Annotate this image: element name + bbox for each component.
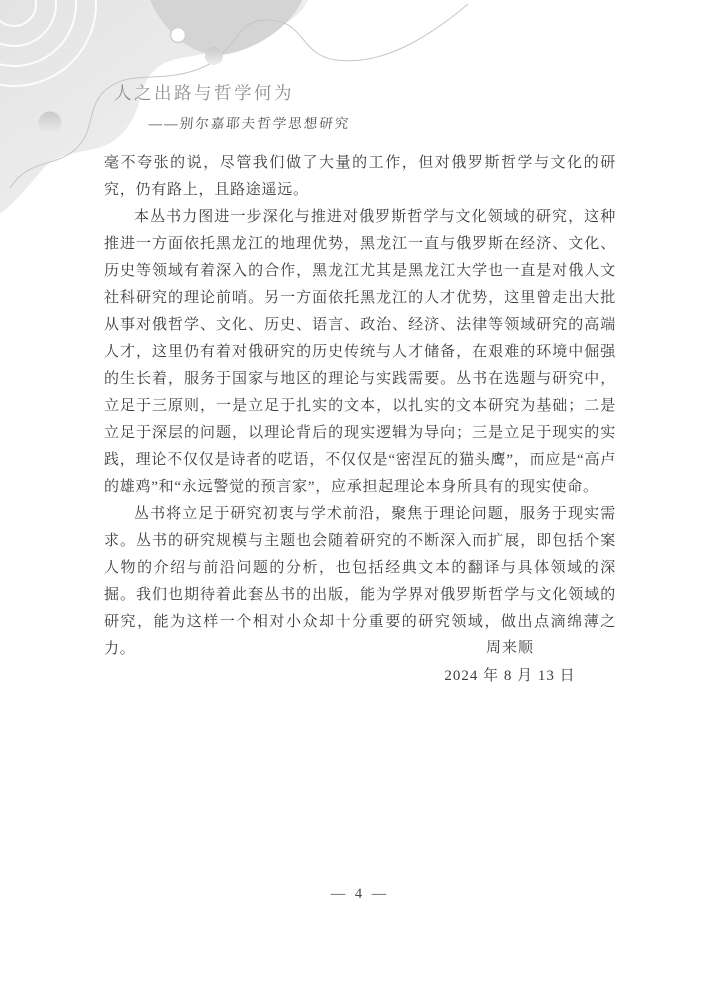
gray-dot-ornament	[205, 47, 223, 65]
concentric-arcs-graphic	[0, 0, 96, 86]
page-title: 人之出路与哲学何为	[114, 80, 350, 105]
gray-dot-ornament	[39, 112, 62, 135]
signature-name: 周来顺	[400, 634, 620, 662]
header-blob-accent-shape	[150, 0, 302, 55]
page-subtitle: ——别尔嘉耶夫哲学思想研究	[148, 112, 351, 132]
paragraph: 本丛书力图进一步深化与推进对俄罗斯哲学与文化领域的研究，这种推进一方面依托黑龙江…	[104, 204, 616, 501]
signature-date: 2024 年 8 月 13 日	[400, 662, 620, 690]
body-text: 毫不夸张的说，尽管我们做了大量的工作，但对俄罗斯哲学与文化的研究，仍有路上，且路…	[104, 150, 616, 663]
chapter-heading: 人之出路与哲学何为 ——别尔嘉耶夫哲学思想研究	[114, 80, 350, 132]
signature-block: 周来顺 2024 年 8 月 13 日	[400, 634, 620, 690]
page-footer: — 4 —	[0, 886, 720, 903]
outline-circle-ornament	[171, 28, 186, 43]
book-page: 人之出路与哲学何为 ——别尔嘉耶夫哲学思想研究 毫不夸张的说，尽管我们做了大量的…	[0, 0, 720, 986]
paragraph: 毫不夸张的说，尽管我们做了大量的工作，但对俄罗斯哲学与文化的研究，仍有路上，且路…	[104, 150, 616, 204]
page-number: — 4 —	[331, 886, 390, 902]
